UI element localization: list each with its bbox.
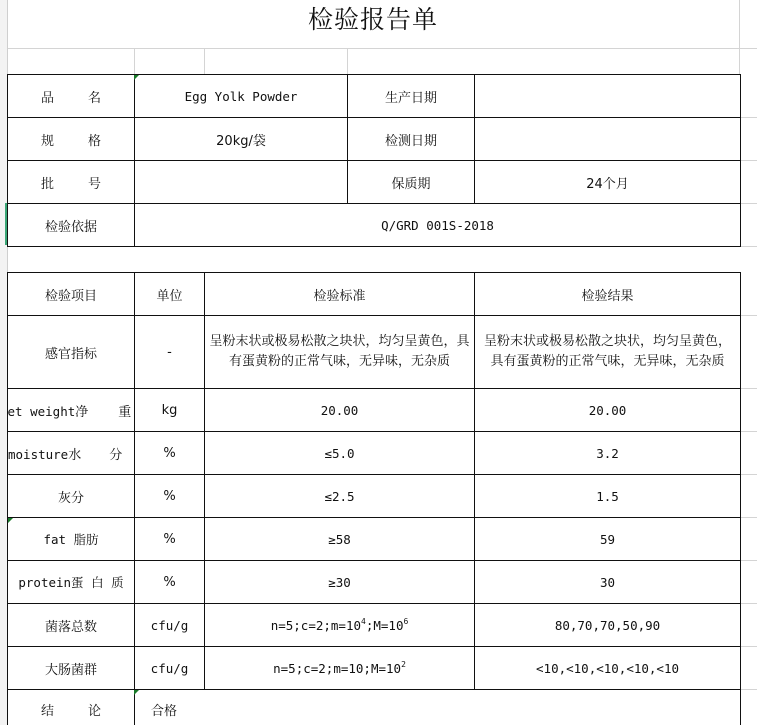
gridline	[740, 689, 757, 690]
standard-cell[interactable]: n=5;c=2;m=10;M=102	[205, 647, 475, 690]
gridline	[740, 431, 757, 432]
gridline	[740, 517, 757, 518]
production-date-label[interactable]: 生产日期	[348, 75, 475, 118]
standard-cell[interactable]: ≤2.5	[205, 475, 475, 518]
table-row: 菌落总数 cfu/g n=5;c=2;m=104;M=106 80,70,70,…	[8, 604, 741, 647]
conclusion-value[interactable]: 合格	[135, 690, 741, 725]
table-row: protein蛋 白 质 % ≥30 30	[8, 561, 741, 604]
conclusion-label[interactable]: 结论	[8, 690, 135, 725]
table-row: fat 脂肪 % ≥58 59	[8, 518, 741, 561]
test-date-value[interactable]	[475, 118, 741, 161]
gridline	[134, 48, 135, 74]
gridline	[204, 48, 205, 74]
item-cell[interactable]: 灰分	[8, 475, 135, 518]
inspection-report-table: 品名 Egg Yolk Powder 生产日期 规格 20kg/袋 检测日期 批…	[7, 74, 741, 725]
result-cell[interactable]: 59	[475, 518, 741, 561]
batch-label[interactable]: 批号	[8, 161, 135, 204]
info-row-spec: 规格 20kg/袋 检测日期	[8, 118, 741, 161]
standard-cell[interactable]: ≤5.0	[205, 432, 475, 475]
spacer-row	[8, 247, 741, 273]
result-cell[interactable]: 30	[475, 561, 741, 604]
unit-cell[interactable]: -	[135, 316, 205, 389]
gridline	[740, 160, 757, 161]
gridline	[740, 560, 757, 561]
table-row: moisture水分 % ≤5.0 3.2	[8, 432, 741, 475]
result-cell[interactable]: 80,70,70,50,90	[475, 604, 741, 647]
gridline	[740, 474, 757, 475]
item-cell[interactable]: protein蛋 白 质	[8, 561, 135, 604]
cell-comment-marker[interactable]	[134, 75, 139, 80]
gridline	[7, 48, 757, 49]
table-row: 感官指标 - 呈粉末状或极易松散之块状，均匀呈黄色，具有蛋黄粉的正常气味，无异味…	[8, 316, 741, 389]
product-name-label[interactable]: 品名	[8, 75, 135, 118]
unit-cell[interactable]: kg	[135, 389, 205, 432]
gridline	[740, 117, 757, 118]
production-date-value[interactable]	[475, 75, 741, 118]
basis-value[interactable]: Q/GRD 001S-2018	[135, 204, 741, 247]
spec-label[interactable]: 规格	[8, 118, 135, 161]
spacer-cell[interactable]	[8, 247, 741, 273]
item-cell[interactable]: 菌落总数	[8, 604, 135, 647]
result-cell[interactable]: 呈粉末状或极易松散之块状，均匀呈黄色，具有蛋黄粉的正常气味，无异味，无杂质	[475, 316, 741, 389]
header-item[interactable]: 检验项目	[8, 273, 135, 316]
report-title[interactable]: 检验报告单	[7, 0, 739, 48]
spec-value[interactable]: 20kg/袋	[135, 118, 348, 161]
result-cell[interactable]: 20.00	[475, 389, 741, 432]
product-name-value[interactable]: Egg Yolk Powder	[135, 75, 348, 118]
standard-cell[interactable]: 20.00	[205, 389, 475, 432]
item-cell[interactable]: 大肠菌群	[8, 647, 135, 690]
shelf-life-label[interactable]: 保质期	[348, 161, 475, 204]
basis-label[interactable]: 检验依据	[8, 204, 135, 247]
unit-cell[interactable]: cfu/g	[135, 604, 205, 647]
standard-cell[interactable]: ≥30	[205, 561, 475, 604]
standard-cell[interactable]: ≥58	[205, 518, 475, 561]
gridline	[347, 48, 348, 74]
gridline	[740, 246, 757, 247]
shelf-life-value[interactable]: 24个月	[475, 161, 741, 204]
results-header-row: 检验项目 单位 检验标准 检验结果	[8, 273, 741, 316]
info-row-basis: 检验依据 Q/GRD 001S-2018	[8, 204, 741, 247]
standard-cell[interactable]: 呈粉末状或极易松散之块状，均匀呈黄色，具有蛋黄粉的正常气味，无异味，无杂质	[205, 316, 475, 389]
table-row: Net weight净重 kg 20.00 20.00	[8, 389, 741, 432]
spreadsheet: 检验报告单 品名 Egg Yolk Powder 生产日期 规格 20kg/袋 …	[0, 0, 757, 725]
result-cell[interactable]: 1.5	[475, 475, 741, 518]
header-unit[interactable]: 单位	[135, 273, 205, 316]
item-cell[interactable]: moisture水分	[8, 432, 135, 475]
cell-comment-marker[interactable]	[8, 518, 13, 523]
conclusion-row: 结论 合格	[8, 690, 741, 725]
header-standard[interactable]: 检验标准	[205, 273, 475, 316]
gridline	[740, 603, 757, 604]
unit-cell[interactable]: %	[135, 432, 205, 475]
item-cell[interactable]: 感官指标	[8, 316, 135, 389]
info-row-product: 品名 Egg Yolk Powder 生产日期	[8, 75, 741, 118]
result-cell[interactable]: <10,<10,<10,<10,<10	[475, 647, 741, 690]
unit-cell[interactable]: %	[135, 475, 205, 518]
batch-value[interactable]	[135, 161, 348, 204]
cell-comment-marker[interactable]	[134, 690, 139, 695]
unit-cell[interactable]: %	[135, 561, 205, 604]
header-result[interactable]: 检验结果	[475, 273, 741, 316]
table-row: 大肠菌群 cfu/g n=5;c=2;m=10;M=102 <10,<10,<1…	[8, 647, 741, 690]
unit-cell[interactable]: %	[135, 518, 205, 561]
gridline	[740, 203, 757, 204]
standard-cell[interactable]: n=5;c=2;m=104;M=106	[205, 604, 475, 647]
gridline	[740, 646, 757, 647]
table-row: 灰分 % ≤2.5 1.5	[8, 475, 741, 518]
gridline	[740, 315, 757, 316]
unit-cell[interactable]: cfu/g	[135, 647, 205, 690]
gridline	[739, 0, 740, 74]
gridline	[740, 388, 757, 389]
test-date-label[interactable]: 检测日期	[348, 118, 475, 161]
item-cell[interactable]: fat 脂肪	[8, 518, 135, 561]
info-row-batch: 批号 保质期 24个月	[8, 161, 741, 204]
result-cell[interactable]: 3.2	[475, 432, 741, 475]
item-cell[interactable]: Net weight净重	[8, 389, 135, 432]
